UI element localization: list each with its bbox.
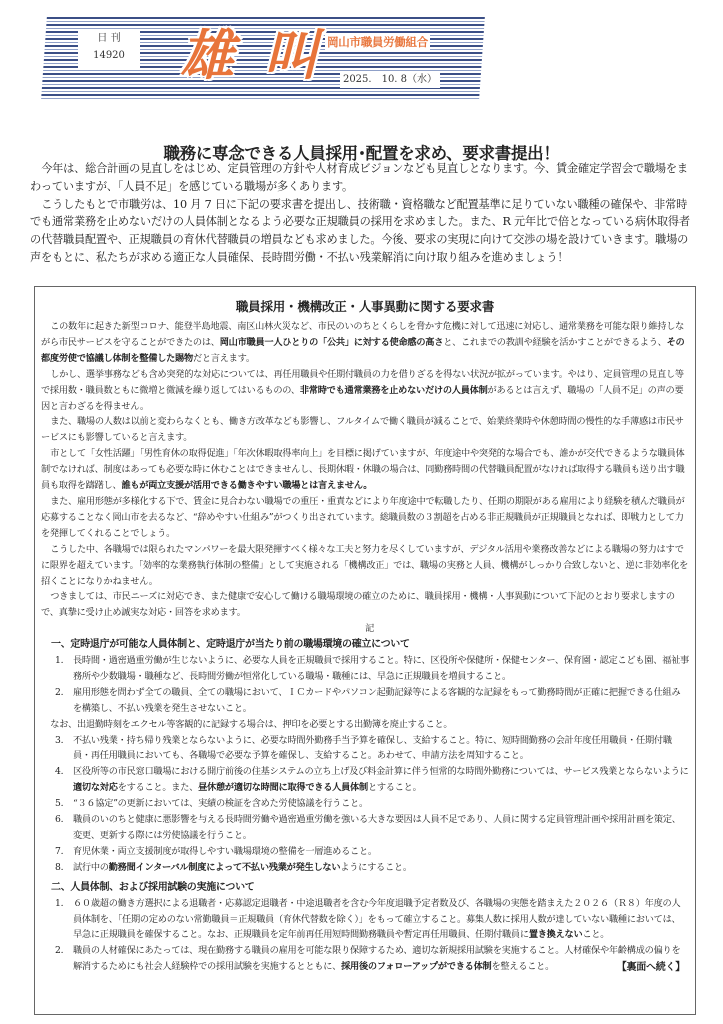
item-number: 7. bbox=[55, 844, 73, 860]
demand-paragraph: 市として「女性活躍」「男性育休の取得促進」「年次休暇取得率向上」を目標に掲げてい… bbox=[41, 446, 689, 494]
demand-paragraph: この数年に起きた新型コロナ、能登半島地震、南区山林火災など、市民のいのちとくらし… bbox=[41, 319, 689, 367]
issue-type: 日 刊 bbox=[78, 30, 140, 47]
item-note: なお、出退勤時刻をエクセル等客観的に記録する場合は、押印を必要とする出勤簿を廃止… bbox=[41, 717, 689, 733]
list-item: 2.職員の人材確保にあたっては、現在勤務する職員の雇用を可能な限り保障するため、… bbox=[55, 943, 689, 975]
item-number: 5. bbox=[55, 796, 73, 812]
intro-paragraph: こうしたもとで市職労は、10 月 7 日に下記の要求書を提出し、技術職・資格職な… bbox=[30, 196, 698, 267]
issue-date: 2025. 10. 8（水） bbox=[340, 72, 440, 88]
demand-title: 職員採用・機構改正・人事異動に関する要求書 bbox=[35, 297, 695, 315]
section-1-heading: 一、定時退庁が可能な人員体制と、定時退庁が当たり前の職場環境の確立について bbox=[41, 637, 689, 653]
item-number: 1. bbox=[55, 653, 73, 685]
demand-paragraph: また、職場の人数は以前と変わらなくとも、働き方改革なども影響し、フルタイムで働く… bbox=[41, 414, 689, 446]
demand-paragraph: こうした中、各職場では限られたマンパワーを最大限発揮すべく様々な工夫と努力を尽く… bbox=[41, 542, 689, 590]
item-text: “３６協定”の更新においては、実績の検証を含めた労使協議を行うこと。 bbox=[73, 796, 689, 812]
item-text: 職員のいのちと健康に悪影響を与える長時間労働や過密過重労働を強いる大きな要因は人… bbox=[73, 812, 689, 844]
item-text: ６０歳超の働き方選択による退職者・応募認定退職者・中途退職者を含む今年度退職予定… bbox=[73, 896, 689, 944]
issue-box: 日 刊 14920 bbox=[78, 30, 140, 70]
text: だと言えます。 bbox=[193, 353, 255, 364]
demand-paragraph: しかし、選挙事務なども含め突発的な対応については、再任用職員や任期付職員の力を借… bbox=[41, 367, 689, 415]
list-item: 2.雇用形態を問わず全ての職員、全ての職場において、ＩＣカードやパソコン起動記録… bbox=[55, 685, 689, 717]
item-number: 6. bbox=[55, 812, 73, 844]
item-number: 4. bbox=[55, 764, 73, 796]
item-number: 1. bbox=[55, 896, 73, 944]
item-number: 8. bbox=[55, 860, 73, 876]
item-text: 育児休業・両立支援制度が取得しやすい職場環境の整備を一層進めること。 bbox=[73, 844, 689, 860]
demand-paragraph: つきましては、市民ニーズに対応でき、また健康で安心して働ける職場環境の確立のため… bbox=[41, 589, 689, 621]
item-text: 区役所等の市民窓口職場における開庁前後の住基システムの立ち上げ及び料金計算に伴う… bbox=[73, 764, 689, 796]
emphasis: 適切な対応 bbox=[73, 782, 118, 793]
item-text: 長時間・過密過重労働が生じないように、必要な人員を正規職員で採用すること。特に、… bbox=[73, 653, 689, 685]
emphasis: 採用後のフォローアップができる体制 bbox=[341, 961, 491, 972]
demand-body: この数年に起きた新型コロナ、能登半島地震、南区山林火災など、市民のいのちとくらし… bbox=[35, 319, 695, 976]
text: 試行中の bbox=[73, 862, 109, 873]
title-char-2: 叫 bbox=[264, 22, 318, 90]
list-item: 5.“３６協定”の更新においては、実績の検証を含めた労使協議を行うこと。 bbox=[55, 796, 689, 812]
intro-text: 今年は、総合計画の見直しをはじめ、定員管理の方針や人材育成ビジョンなども見直しと… bbox=[30, 160, 698, 267]
emphasis: 誰もが両立支援が活用できる働きやすい職場とは言えません。 bbox=[121, 480, 372, 491]
list-item: 6.職員のいのちと健康に悪影響を与える長時間労働や過密過重労働を強いる大きな要因… bbox=[55, 812, 689, 844]
item-text: 不払い残業・持ち帰り残業とならないように、必要な時間外勤務手当予算を確保し、支給… bbox=[73, 733, 689, 765]
text: をすること。また、 bbox=[118, 782, 198, 793]
list-item: 8.試行中の勤務間インターバル制度によって不払い残業が発生しないようにすること。 bbox=[55, 860, 689, 876]
list-item: 7.育児休業・両立支援制度が取得しやすい職場環境の整備を一層進めること。 bbox=[55, 844, 689, 860]
text: と、これまでの教訓や経験を活かすことができるよう、 bbox=[443, 337, 666, 348]
section-2-heading: 二、人員体制、および採用試験の実施について bbox=[41, 880, 689, 896]
text: を整えること。 bbox=[492, 961, 555, 972]
text: 区役所等の市民窓口職場における開庁前後の住基システムの立ち上げ及び料金計算に伴う… bbox=[73, 766, 689, 777]
intro-paragraph: 今年は、総合計画の見直しをはじめ、定員管理の方針や人材育成ビジョンなども見直しと… bbox=[30, 160, 698, 196]
item-text: 試行中の勤務間インターバル制度によって不払い残業が発生しないようにすること。 bbox=[73, 860, 689, 876]
issue-number: 14920 bbox=[78, 47, 140, 64]
list-item: 1.６０歳超の働き方選択による退職者・応募認定退職者・中途退職者を含む今年度退職… bbox=[55, 896, 689, 944]
union-name: 岡山市職員労働組合 bbox=[325, 33, 430, 51]
item-text: 職員の人材確保にあたっては、現在勤務する職員の雇用を可能な限り保障するため、適切… bbox=[73, 943, 689, 975]
newsletter-title: 雄 叫 bbox=[180, 22, 318, 90]
text: こと。 bbox=[582, 929, 609, 940]
item-number: 2. bbox=[55, 943, 73, 975]
emphasis: 非常時でも通常業務を止めないだけの人員体制 bbox=[300, 385, 488, 396]
emphasis: 岡山市職員一人ひとりの「公共」に対する使命感の高さ bbox=[220, 337, 443, 348]
list-item: 4.区役所等の市民窓口職場における開庁前後の住基システムの立ち上げ及び料金計算に… bbox=[55, 764, 689, 796]
ki-marker: 記 bbox=[41, 621, 689, 637]
item-number: 3. bbox=[55, 733, 73, 765]
title-char-1: 雄 bbox=[180, 22, 234, 90]
item-text: 雇用形態を問わず全ての職員、全ての職場において、ＩＣカードやパソコン起動記録等に… bbox=[73, 685, 689, 717]
emphasis: 昼休憩が適切な時間に取得できる人員体制 bbox=[198, 782, 368, 793]
text: とすること。 bbox=[368, 782, 422, 793]
list-item: 1.長時間・過密過重労働が生じないように、必要な人員を正規職員で採用すること。特… bbox=[55, 653, 689, 685]
item-number: 2. bbox=[55, 685, 73, 717]
emphasis: 置き換えない bbox=[529, 929, 583, 940]
demand-paragraph: また、雇用形態が多様化する下で、賃金に見合わない職場での重圧・重責などにより年度… bbox=[41, 494, 689, 542]
demand-document: 職員採用・機構改正・人事異動に関する要求書 この数年に起きた新型コロナ、能登半島… bbox=[34, 286, 696, 1015]
text: ようにすること。 bbox=[340, 862, 412, 873]
emphasis: 勤務間インターバル制度によって不払い残業が発生しない bbox=[109, 862, 341, 873]
list-item: 3.不払い残業・持ち帰り残業とならないように、必要な時間外勤務手当予算を確保し、… bbox=[55, 733, 689, 765]
